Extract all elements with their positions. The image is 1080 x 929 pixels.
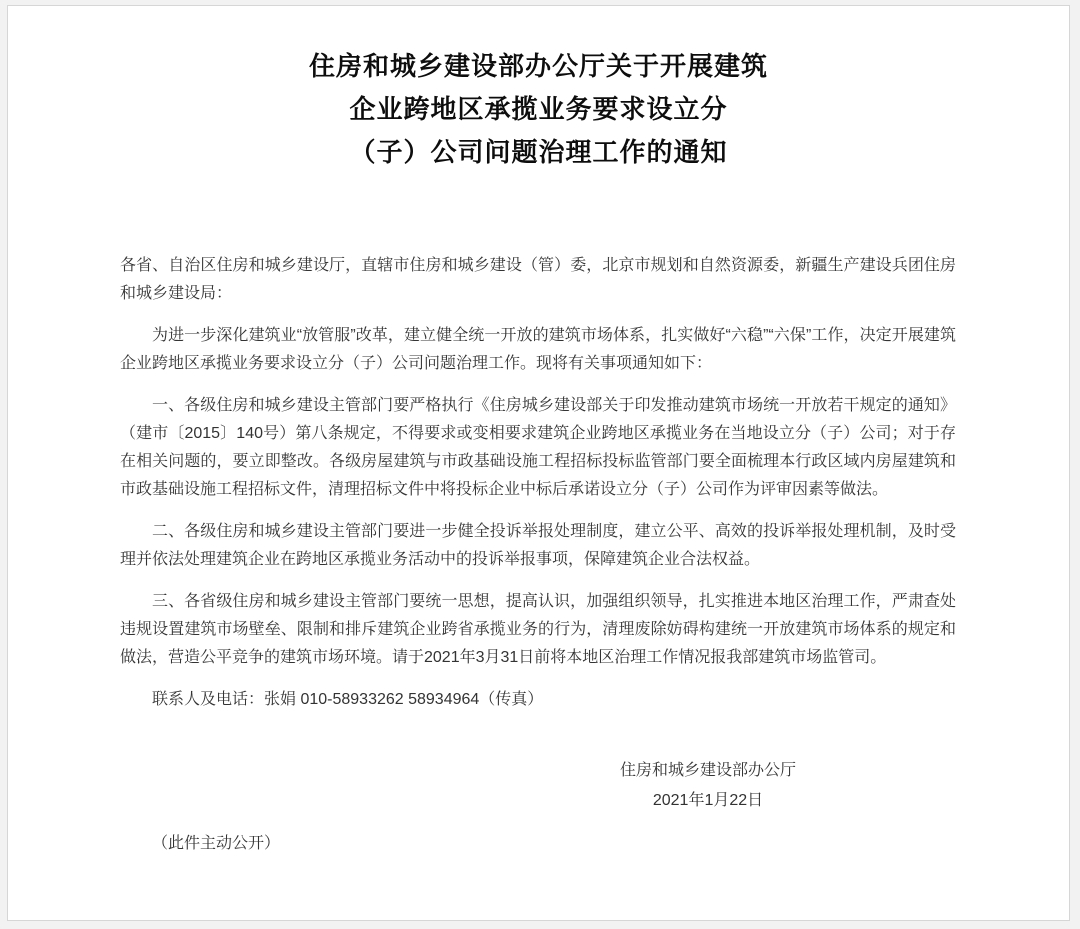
signature-organization: 住房和城乡建设部办公厅 [620, 756, 796, 786]
contact-line: 联系人及电话：张娟 010-58933262 58934964（传真） [120, 686, 956, 714]
item-1-paragraph: 一、各级住房和城乡建设主管部门要严格执行《住房城乡建设部关于印发推动建筑市场统一… [120, 392, 956, 504]
item-3-paragraph: 三、各省级住房和城乡建设主管部门要统一思想，提高认识，加强组织领导，扎实推进本地… [120, 588, 956, 672]
document-title-line-3: （子）公司问题治理工作的通知 [8, 131, 1069, 174]
disclosure-note: （此件主动公开） [120, 830, 956, 858]
addressee-paragraph: 各省、自治区住房和城乡建设厅，直辖市住房和城乡建设（管）委，北京市规划和自然资源… [120, 252, 956, 308]
signature-block: 住房和城乡建设部办公厅 2021年1月22日 [620, 756, 796, 816]
intro-paragraph: 为进一步深化建筑业“放管服”改革，建立健全统一开放的建筑市场体系，扎实做好“六稳… [120, 322, 956, 378]
signature-date: 2021年1月22日 [620, 786, 796, 816]
document-title: 住房和城乡建设部办公厅关于开展建筑 企业跨地区承揽业务要求设立分 （子）公司问题… [8, 45, 1069, 174]
document-body: 各省、自治区住房和城乡建设厅，直辖市住房和城乡建设（管）委，北京市规划和自然资源… [8, 252, 1069, 858]
document-title-line-2: 企业跨地区承揽业务要求设立分 [8, 88, 1069, 131]
item-2-paragraph: 二、各级住房和城乡建设主管部门要进一步健全投诉举报处理制度，建立公平、高效的投诉… [120, 518, 956, 574]
document-title-line-1: 住房和城乡建设部办公厅关于开展建筑 [8, 45, 1069, 88]
document-page: 住房和城乡建设部办公厅关于开展建筑 企业跨地区承揽业务要求设立分 （子）公司问题… [7, 5, 1070, 921]
